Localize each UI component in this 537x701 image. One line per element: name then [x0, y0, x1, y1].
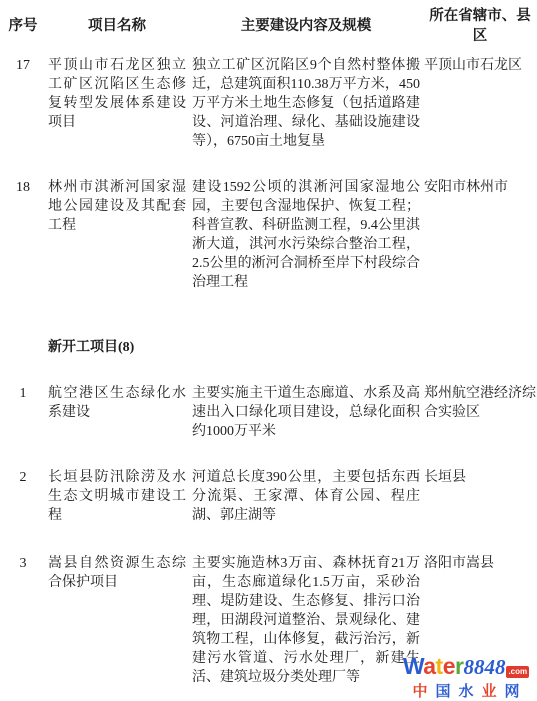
row-content: 主要实施造林3万亩、森林抚育21万亩，生态廊道绿化1.5万亩，采砂治理、堤防建设… [192, 554, 420, 687]
brand-letter: t [436, 653, 443, 679]
brand-number: 8848 [463, 655, 505, 679]
header-name: 项目名称 [48, 16, 186, 36]
section-title: 新开工项目(8) [48, 338, 537, 357]
row-num: 2 [8, 468, 38, 525]
watermark-cn-line: 中国水业网 [397, 683, 535, 701]
com-badge: .com [506, 666, 529, 678]
row-name: 林州市淇淅河国家湿地公园建设及其配套工程 [48, 178, 186, 292]
table-row: 1 航空港区生态绿化水系建设 主要实施主干道生态廊道、水系及高速出入口绿化项目建… [8, 384, 537, 441]
table-header: 序号 项目名称 主要建设内容及规模 所在省辖市、县区 [8, 6, 537, 46]
row-name: 航空港区生态绿化水系建设 [48, 384, 186, 441]
row-content: 建设1592公顷的淇淅河国家湿地公园，主要包含湿地保护、恢复工程；科普宣教、科研… [192, 178, 420, 292]
document-page: 序号 项目名称 主要建设内容及规模 所在省辖市、县区 17 平顶山市石龙区独立工… [0, 0, 537, 701]
cn-char: 中 [412, 683, 427, 700]
watermark-brand-line: Water8848.com [397, 654, 535, 682]
header-location: 所在省辖市、县区 [424, 6, 536, 46]
row-name: 嵩县自然资源生态综合保护项目 [48, 554, 186, 687]
cn-char: 水 [458, 683, 473, 700]
brand-letter: a [423, 653, 435, 679]
row-name: 平顶山市石龙区独立工矿区沉陷区生态修复转型发展体系建设项目 [48, 56, 186, 151]
header-num: 序号 [8, 16, 38, 36]
row-content: 主要实施主干道生态廊道、水系及高速出入口绿化项目建设，总绿化面积约1000万平米 [192, 384, 420, 441]
row-location: 安阳市林州市 [424, 178, 536, 292]
row-location: 平顶山市石龙区 [424, 56, 536, 151]
row-num: 1 [8, 384, 38, 441]
table-row: 2 长垣县防汛除涝及水生态文明城市建设工程 河道总长度390公里，主要包括东西分… [8, 468, 537, 525]
cn-char: 网 [505, 683, 520, 700]
brand-letter: e [443, 653, 455, 679]
cn-char: 业 [482, 683, 497, 700]
row-num: 17 [8, 56, 38, 151]
row-num: 3 [8, 554, 38, 687]
row-location: 长垣县 [424, 468, 536, 525]
brand-letter: W [403, 653, 423, 679]
water8848-watermark: Water8848.com 中国水业网 [397, 654, 535, 701]
cn-char: 国 [435, 683, 450, 700]
row-content: 河道总长度390公里，主要包括东西分流渠、王家潭、体育公园、程庄湖、郭庄湖等 [192, 468, 420, 525]
row-content: 独立工矿区沉陷区9个自然村整体搬迁，总建筑面积110.38万平方米，450万平方… [192, 56, 420, 151]
row-location: 郑州航空港经济综合实验区 [424, 384, 536, 441]
table-row: 18 林州市淇淅河国家湿地公园建设及其配套工程 建设1592公顷的淇淅河国家湿地… [8, 178, 537, 292]
row-num: 18 [8, 178, 38, 292]
row-name: 长垣县防汛除涝及水生态文明城市建设工程 [48, 468, 186, 525]
header-content: 主要建设内容及规模 [192, 16, 420, 36]
table-row: 17 平顶山市石龙区独立工矿区沉陷区生态修复转型发展体系建设项目 独立工矿区沉陷… [8, 56, 537, 151]
